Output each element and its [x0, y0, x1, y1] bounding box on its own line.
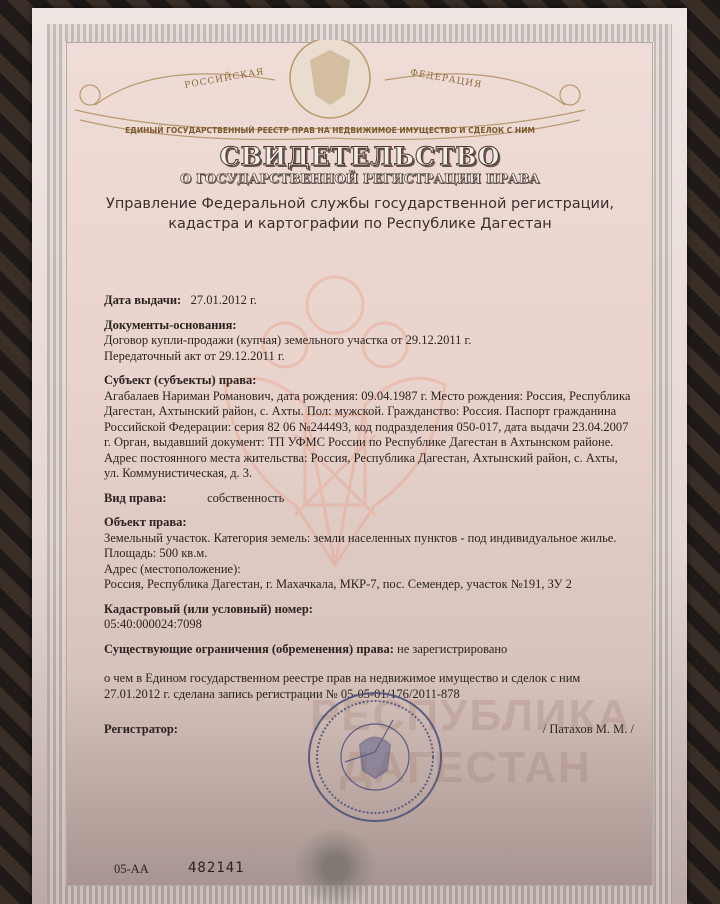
encumbrance-label: Существующие ограничения (обременения) п…: [104, 642, 394, 656]
svg-text:ЕДИНЫЙ ГОСУДАРСТВЕННЫЙ РЕЕСТР: ЕДИНЫЙ ГОСУДАРСТВЕННЫЙ РЕЕСТР ПРАВ НА НЕ…: [125, 126, 535, 135]
form-number: 482141: [188, 860, 245, 876]
basis-line-1: Договор купли-продажи (купчая) земельног…: [104, 333, 634, 349]
agency-line-2: кадастра и картографии по Республике Даг…: [0, 214, 720, 234]
basis-documents: Документы-основания: Договор купли-прода…: [104, 318, 634, 365]
cadastral-section: Кадастровый (или условный) номер: 05:40:…: [104, 602, 634, 633]
right-type-row: Вид права: собственность: [104, 491, 634, 507]
right-type-label: Вид права:: [104, 491, 204, 507]
subject-text: Агабалаев Нариман Романович, дата рожден…: [104, 389, 634, 482]
encumbrance-value: не зарегистрировано: [397, 642, 507, 656]
official-seal-stamp-icon: [305, 690, 445, 825]
form-series: 05-АА: [114, 862, 149, 877]
document-subtitle: О ГОСУДАРСТВЕННОЙ РЕГИСТРАЦИИ ПРАВА: [0, 172, 720, 187]
basis-line-2: Передаточный акт от 29.12.2011 г.: [104, 349, 634, 365]
address-value: Россия, Республика Дагестан, г. Махачкал…: [104, 577, 634, 593]
encumbrance-row: Существующие ограничения (обременения) п…: [104, 642, 634, 658]
svg-text:ФЕДЕРАЦИЯ: ФЕДЕРАЦИЯ: [409, 68, 482, 90]
cadastral-label: Кадастровый (или условный) номер:: [104, 602, 634, 618]
header-banner: РОССИЙСКАЯ ФЕДЕРАЦИЯ ЕДИНЫЙ ГОСУДАРСТВЕН…: [35, 40, 625, 140]
certificate-body: Дата выдачи: 27.01.2012 г. Документы-осн…: [104, 293, 634, 747]
issue-date-label: Дата выдачи:: [104, 293, 181, 307]
subject-label: Субъект (субъекты) права:: [104, 373, 634, 389]
issue-date-row: Дата выдачи: 27.01.2012 г.: [104, 293, 634, 309]
registrar-label: Регистратор:: [104, 722, 178, 736]
object-text: Земельный участок. Категория земель: зем…: [104, 531, 634, 562]
document-title: СВИДЕТЕЛЬСТВО: [0, 142, 720, 171]
basis-label: Документы-основания:: [104, 318, 634, 334]
right-type-value: собственность: [207, 491, 284, 505]
cadastral-number: 05:40:000024:7098: [104, 617, 634, 633]
agency-line-1: Управление Федеральной службы государств…: [0, 194, 720, 214]
subject-section: Субъект (субъекты) права: Агабалаев Нари…: [104, 373, 634, 482]
svg-text:РОССИЙСКАЯ: РОССИЙСКАЯ: [183, 65, 265, 91]
issuing-agency: Управление Федеральной службы государств…: [0, 194, 720, 234]
address-label: Адрес (местоположение):: [104, 562, 634, 578]
object-label: Объект права:: [104, 515, 634, 531]
security-rosette: [290, 830, 380, 904]
issue-date-value: 27.01.2012 г.: [191, 293, 257, 307]
object-section: Объект права: Земельный участок. Категор…: [104, 515, 634, 593]
